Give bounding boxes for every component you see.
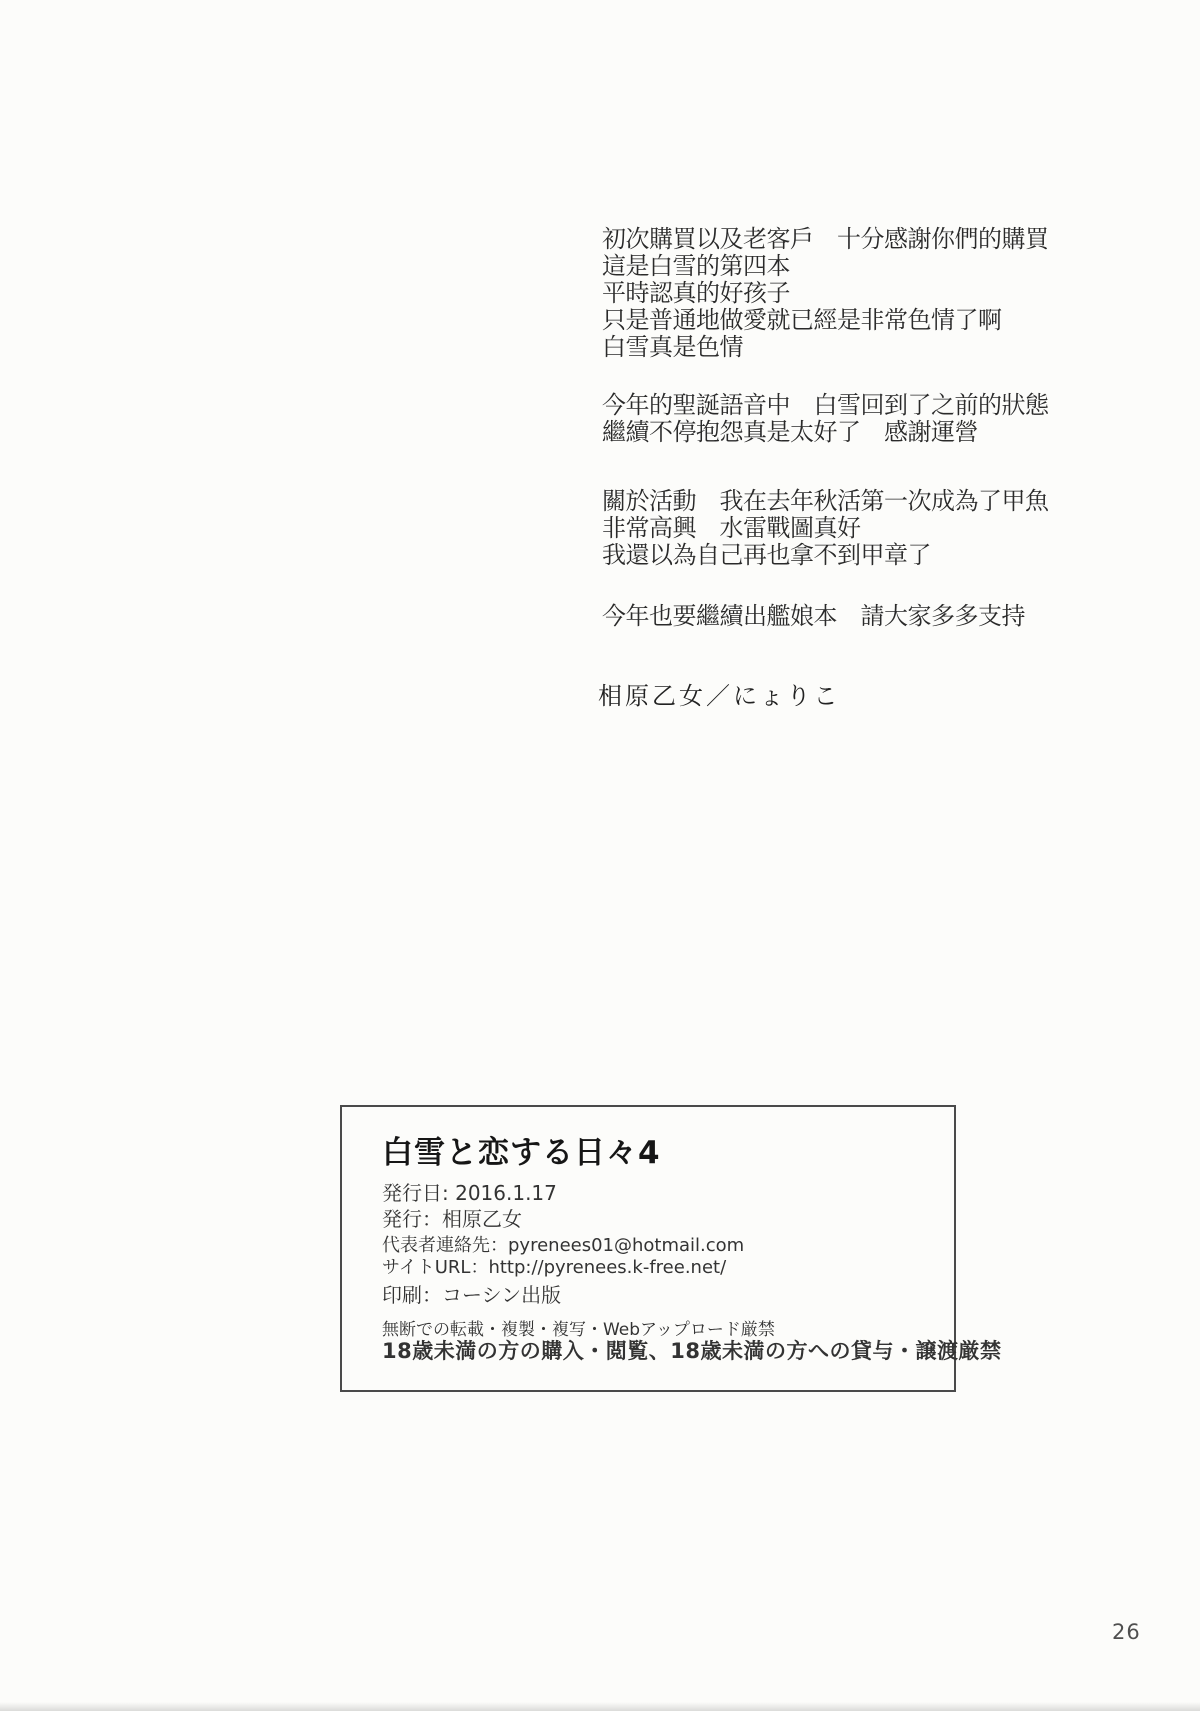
site-url-line: サイトURL：http://pyrenees.k-free.net/ — [382, 1253, 726, 1279]
afterword-line: 今年也要繼續出艦娘本 請大家多多支持 — [602, 603, 1025, 630]
author-signature: 相原乙女／にょりこ — [598, 676, 841, 711]
afterword-line: 只是普通地做愛就已經是非常色情了啊 — [602, 307, 1049, 334]
afterword-line: 今年的聖誕語音中 白雪回到了之前的狀態 — [602, 392, 1049, 419]
scan-edge-shadow — [0, 1702, 1200, 1711]
afterword-line: 這是白雪的第四本 — [602, 253, 1049, 280]
afterword-paragraph-event: 關於活動 我在去年秋活第一次成為了甲魚 非常高興 水雷戰圖真好 我還以為自己再也… — [602, 488, 1049, 569]
printer-line: 印刷：コーシン出版 — [382, 1279, 561, 1308]
afterword-line: 我還以為自己再也拿不到甲章了 — [602, 542, 1049, 569]
afterword-line: 繼續不停抱怨真是太好了 感謝運營 — [602, 419, 1049, 446]
afterword-line: 非常高興 水雷戰圖真好 — [602, 515, 1049, 542]
publisher-line: 発行：相原乙女 — [382, 1203, 522, 1232]
afterword-paragraph-closing: 今年也要繼續出艦娘本 請大家多多支持 — [602, 603, 1025, 630]
afterword-paragraph-christmas: 今年的聖誕語音中 白雪回到了之前的狀態 繼續不停抱怨真是太好了 感謝運營 — [602, 392, 1049, 446]
afterword-line: 平時認真的好孩子 — [602, 280, 1049, 307]
afterword-line: 初次購買以及老客戶 十分感謝你們的購買 — [602, 226, 1049, 253]
afterword-paragraph-thanks: 初次購買以及老客戶 十分感謝你們的購買 這是白雪的第四本 平時認真的好孩子 只是… — [602, 226, 1049, 361]
age-restriction-notice: 18歳未満の方の購入・閲覧、18歳未満の方への貸与・譲渡厳禁 — [382, 1335, 1001, 1365]
colophon-box: 白雪と恋する日々4 発行日: 2016.1.17 発行：相原乙女 代表者連絡先：… — [340, 1105, 956, 1392]
book-title: 白雪と恋する日々4 — [382, 1127, 661, 1172]
scanned-afterword-page: 初次購買以及老客戶 十分感謝你們的購買 這是白雪的第四本 平時認真的好孩子 只是… — [0, 0, 1200, 1711]
afterword-line: 白雪真是色情 — [602, 334, 1049, 361]
page-number: 26 — [1112, 1620, 1141, 1644]
afterword-line: 關於活動 我在去年秋活第一次成為了甲魚 — [602, 488, 1049, 515]
publish-date-line: 発行日: 2016.1.17 — [382, 1177, 557, 1206]
